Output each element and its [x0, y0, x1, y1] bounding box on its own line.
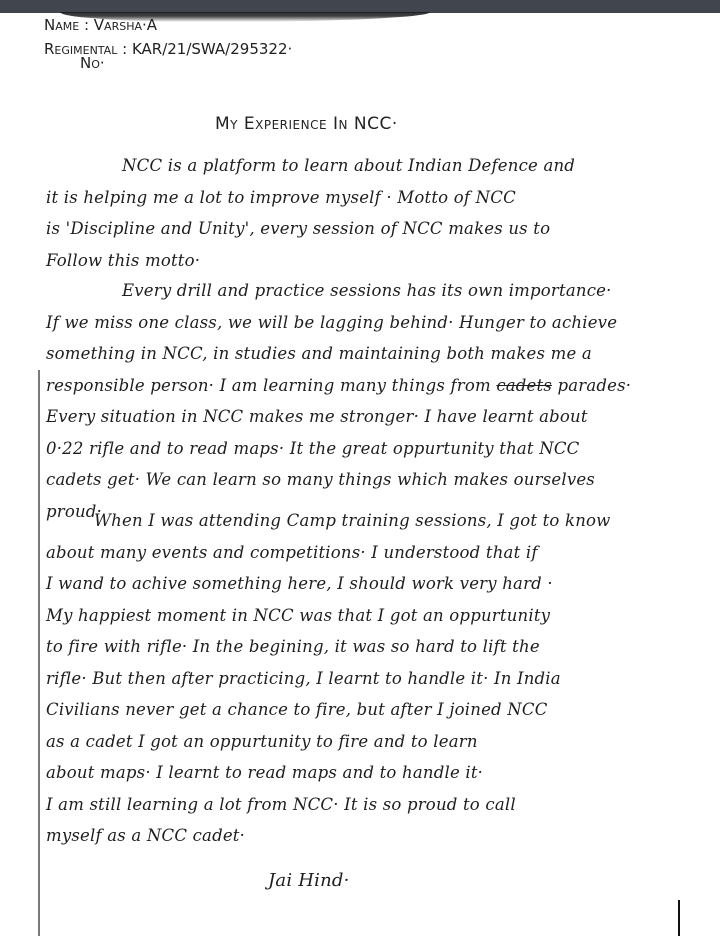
paragraph-2: Every drill and practice sessions has it…	[46, 275, 686, 527]
text-line: 0·22 rifle and to read maps· It the grea…	[46, 433, 686, 465]
text-line: to fire with rifle· In the begining, it …	[46, 631, 686, 663]
regimental-value: KAR/21/SWA/295322·	[132, 40, 292, 58]
text-line: as a cadet I got an oppurtunity to fire …	[46, 726, 686, 758]
text-line: is 'Discipline and Unity', every session…	[46, 213, 686, 245]
text-line: Civilians never get a chance to fire, bu…	[46, 694, 686, 726]
paragraph-1: NCC is a platform to learn about Indian …	[46, 150, 686, 276]
text-line: Follow this motto·	[46, 245, 686, 277]
text-segment: parades·	[557, 376, 631, 395]
text-line: NCC is a platform to learn about Indian …	[46, 150, 686, 182]
text-line: When I was attending Camp training sessi…	[46, 505, 686, 537]
text-segment: responsible person· I am learning many t…	[46, 376, 491, 395]
text-line-with-strike: responsible person· I am learning many t…	[46, 370, 686, 402]
text-line: rifle· But then after practicing, I lear…	[46, 663, 686, 695]
text-line: My happiest moment in NCC was that I got…	[46, 600, 686, 632]
text-line: something in NCC, in studies and maintai…	[46, 338, 686, 370]
name-row: Name : Varsha·A	[44, 16, 292, 34]
page-margin-line	[38, 370, 40, 936]
text-line: Every situation in NCC makes me stronger…	[46, 401, 686, 433]
student-details: Name : Varsha·A Regimental : KAR/21/SWA/…	[44, 16, 292, 72]
text-line: Every drill and practice sessions has it…	[46, 275, 686, 307]
struck-word: cadets	[496, 376, 552, 395]
name-label: Name :	[44, 16, 89, 34]
page-edge-stroke	[678, 900, 680, 936]
name-value: Varsha·A	[94, 16, 157, 34]
text-line: it is helping me a lot to improve myself…	[46, 182, 686, 214]
text-line: I wand to achive something here, I shoul…	[46, 568, 686, 600]
text-line: If we miss one class, we will be lagging…	[46, 307, 686, 339]
text-line: I am still learning a lot from NCC· It i…	[46, 789, 686, 821]
text-line: about many events and competitions· I un…	[46, 537, 686, 569]
text-line: cadets get· We can learn so many things …	[46, 464, 686, 496]
text-line: about maps· I learnt to read maps and to…	[46, 757, 686, 789]
essay-title: My Experience In NCC·	[215, 114, 398, 134]
paragraph-3: When I was attending Camp training sessi…	[46, 505, 686, 852]
closing-salutation: Jai Hind·	[268, 870, 350, 891]
text-line: myself as a NCC cadet·	[46, 820, 686, 852]
